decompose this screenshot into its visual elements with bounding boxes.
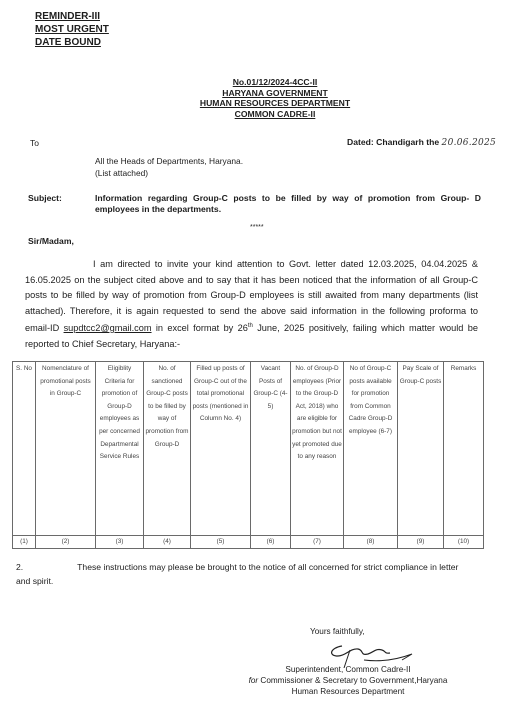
col-number: (7) xyxy=(291,536,344,549)
col-number: (1) xyxy=(13,536,36,549)
addressee-note: (List attached) xyxy=(95,167,243,179)
col-number: (9) xyxy=(398,536,444,549)
signatory-designation: Superintendent, Common Cadre-II xyxy=(232,664,464,675)
col-header: Filled up posts of Group-C out of the to… xyxy=(191,362,251,536)
col-number: (2) xyxy=(36,536,96,549)
to-label: To xyxy=(30,138,39,148)
col-number: (3) xyxy=(96,536,144,549)
col-header: Nomenclature of promotional posts in Gro… xyxy=(36,362,96,536)
body-paragraph: I am directed to invite your kind attent… xyxy=(25,257,478,352)
letter-heading: No.01/12/2024-4CC-II HARYANA GOVERNMENT … xyxy=(150,77,400,119)
column-number-row: (1) (2) (3) (4) (5) (6) (7) (8) (9) (10) xyxy=(13,536,484,549)
on-behalf-line: for Commissioner & Secretary to Governme… xyxy=(232,675,464,686)
col-header: Remarks xyxy=(444,362,484,536)
handwritten-date: 20.06.2025 xyxy=(442,138,497,148)
col-header: Eligiblity Criteria for promotion of Gro… xyxy=(96,362,144,536)
col-header: S. No xyxy=(13,362,36,536)
col-header: No. of sanctioned Group-C posts to be fi… xyxy=(144,362,191,536)
priority-flags: REMINDER-III MOST URGENT DATE BOUND xyxy=(35,10,109,49)
table-header-row: S. No Nomenclature of promotional posts … xyxy=(13,362,484,536)
signatory-block: Superintendent, Common Cadre-II for Comm… xyxy=(232,664,464,697)
paragraph-2: 2.These instructions may please be broug… xyxy=(16,560,471,588)
department-name: HUMAN RESOURCES DEPARTMENT xyxy=(150,98,400,109)
col-number: (8) xyxy=(344,536,398,549)
closing: Yours faithfully, xyxy=(310,627,365,636)
branch-name: COMMON CADRE-II xyxy=(150,109,400,120)
salutation: Sir/Madam, xyxy=(28,236,74,246)
col-header: Pay Scale of Group-C posts xyxy=(398,362,444,536)
separator: ***** xyxy=(250,224,264,231)
col-number: (6) xyxy=(251,536,291,549)
government-name: HARYANA GOVERNMENT xyxy=(150,88,400,99)
paragraph-2-text: These instructions may please be brought… xyxy=(16,562,458,586)
addressee-line: All the Heads of Departments, Haryana. xyxy=(95,155,243,167)
col-number: (10) xyxy=(444,536,484,549)
dated-line: Dated: Chandigarh the 20.06.2025 xyxy=(347,137,496,148)
dated-label: Dated: Chandigarh the xyxy=(347,137,442,147)
col-header: No. of Group-D employees (Prior to the G… xyxy=(291,362,344,536)
flag-reminder: REMINDER-III xyxy=(35,10,109,23)
email-link[interactable]: supdtcc2@gmail.com xyxy=(64,323,152,333)
col-header: No of Group-C posts available for promot… xyxy=(344,362,398,536)
col-number: (5) xyxy=(191,536,251,549)
letter-number: No.01/12/2024-4CC-II xyxy=(150,77,400,88)
addressee: All the Heads of Departments, Haryana. (… xyxy=(95,155,243,179)
flag-date-bound: DATE BOUND xyxy=(35,36,109,49)
subject-label: Subject: xyxy=(28,193,62,203)
col-header: Vacant Posts of Group-C (4-5) xyxy=(251,362,291,536)
signatory-department: Human Resources Department xyxy=(232,686,464,697)
proforma-table: S. No Nomenclature of promotional posts … xyxy=(12,361,484,549)
paragraph-number: 2. xyxy=(16,562,23,572)
flag-most-urgent: MOST URGENT xyxy=(35,23,109,36)
col-number: (4) xyxy=(144,536,191,549)
subject-text: Information regarding Group-C posts to b… xyxy=(95,193,481,215)
